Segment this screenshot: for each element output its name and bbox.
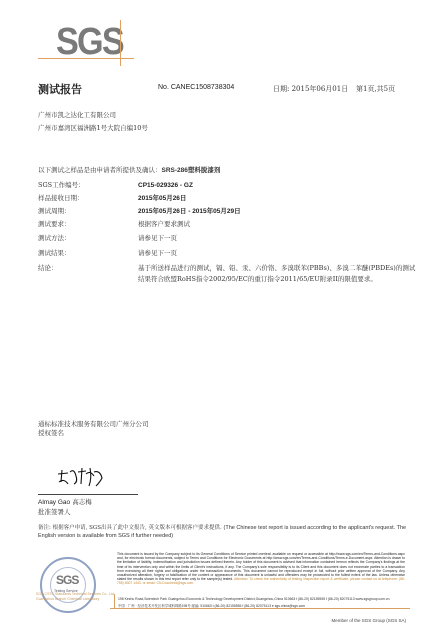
signatory-block: 通标标准技术服务有限公司广州分公司 授权签名 [38,420,149,438]
handwritten-signature [56,464,106,488]
sgs-logo-text: SGS [56,22,123,62]
page-indicator: 第1页,共5页 [356,84,395,94]
field-key: 测试结果： [38,248,71,257]
footer-address-en: 198 Kezhu Road,Scientech Park Guangzhou … [118,597,389,601]
logo-accent-vline [120,20,121,66]
signatory-name-en: Almay Gao [38,499,70,506]
footer-accent-vline [114,594,115,608]
signatory-auth-label: 授权签名 [38,429,149,438]
testing-service-stamp: SGS Testing Service [40,557,96,613]
field-key: 结论： [38,263,58,272]
sgs-group-member: Member of the SGS Group (SGS SA) [331,618,406,623]
client-name: 广州市凯之达化工有限公司 [38,110,116,119]
signature-line [38,494,138,495]
sgs-logo: SGS [38,20,134,66]
report-header: 测试报告 No. CANEC1508738304 日期: 2015年06月01日… [38,83,424,97]
footer-accent-hline [110,608,410,609]
field-key: 测试方法： [38,233,71,242]
report-date: 日期: 2015年06月01日 [273,84,348,94]
report-note: 备注: 根据客户申请, SGS出具了此中文报告, 英文版本可根据客户要求提供. … [38,524,408,540]
field-key: SGS工作编号： [38,180,85,189]
field-value: CP15-029326 - GZ [138,180,418,191]
report-title: 测试报告 [38,81,82,97]
sample-intro: 以下测试之样品是由申请者所提供及确认：SRS-286塑料脱漆剂 [38,165,220,174]
report-number: No. CANEC1508738304 [158,84,234,91]
legal-disclaimer: This document is issued by the Company s… [117,552,405,586]
client-address: 广州市嘉湾区福洲路1号大院自编10号 [38,123,148,132]
stamp-logo: SGS [56,573,78,587]
conclusion-text: 基于所送样品进行的测试，镉、铅、汞、六价铬、多溴联苯(PBBs)、多溴二苯醚(P… [138,263,418,285]
field-key: 测试周期： [38,206,71,215]
field-value: 根据客户要求测试 [138,219,418,230]
sample-intro-label: 以下测试之样品是由申请者所提供及确认： [38,166,162,174]
note-cn: 备注: 根据客户申请, SGS出具了此中文报告, 英文版本可根据客户要求提供. [38,525,222,531]
field-value: 请参见下一页 [138,233,418,244]
field-key: 测试要求： [38,219,71,228]
sample-name: SRS-286塑料脱漆剂 [162,167,221,174]
signatory-name: Almay Gao 高志梅 [38,497,92,506]
stamp-lab-name: Guangzhou Branch Chemical Laboratory [36,597,114,602]
field-value: 2015年05月26日 [138,193,418,204]
signatory-role: 批准签署人 [38,507,71,516]
signatory-org: 通标标准技术服务有限公司广州分公司 [38,420,149,429]
field-key: 样品接收日期： [38,193,84,202]
field-value: 请参见下一页 [138,248,418,259]
signatory-name-cn: 高志梅 [72,498,92,506]
field-value: 2015年05月26日 - 2015年05月29日 [138,206,418,217]
stamp-company: SGS-CSTC Standards Technical Services Co… [36,592,114,602]
